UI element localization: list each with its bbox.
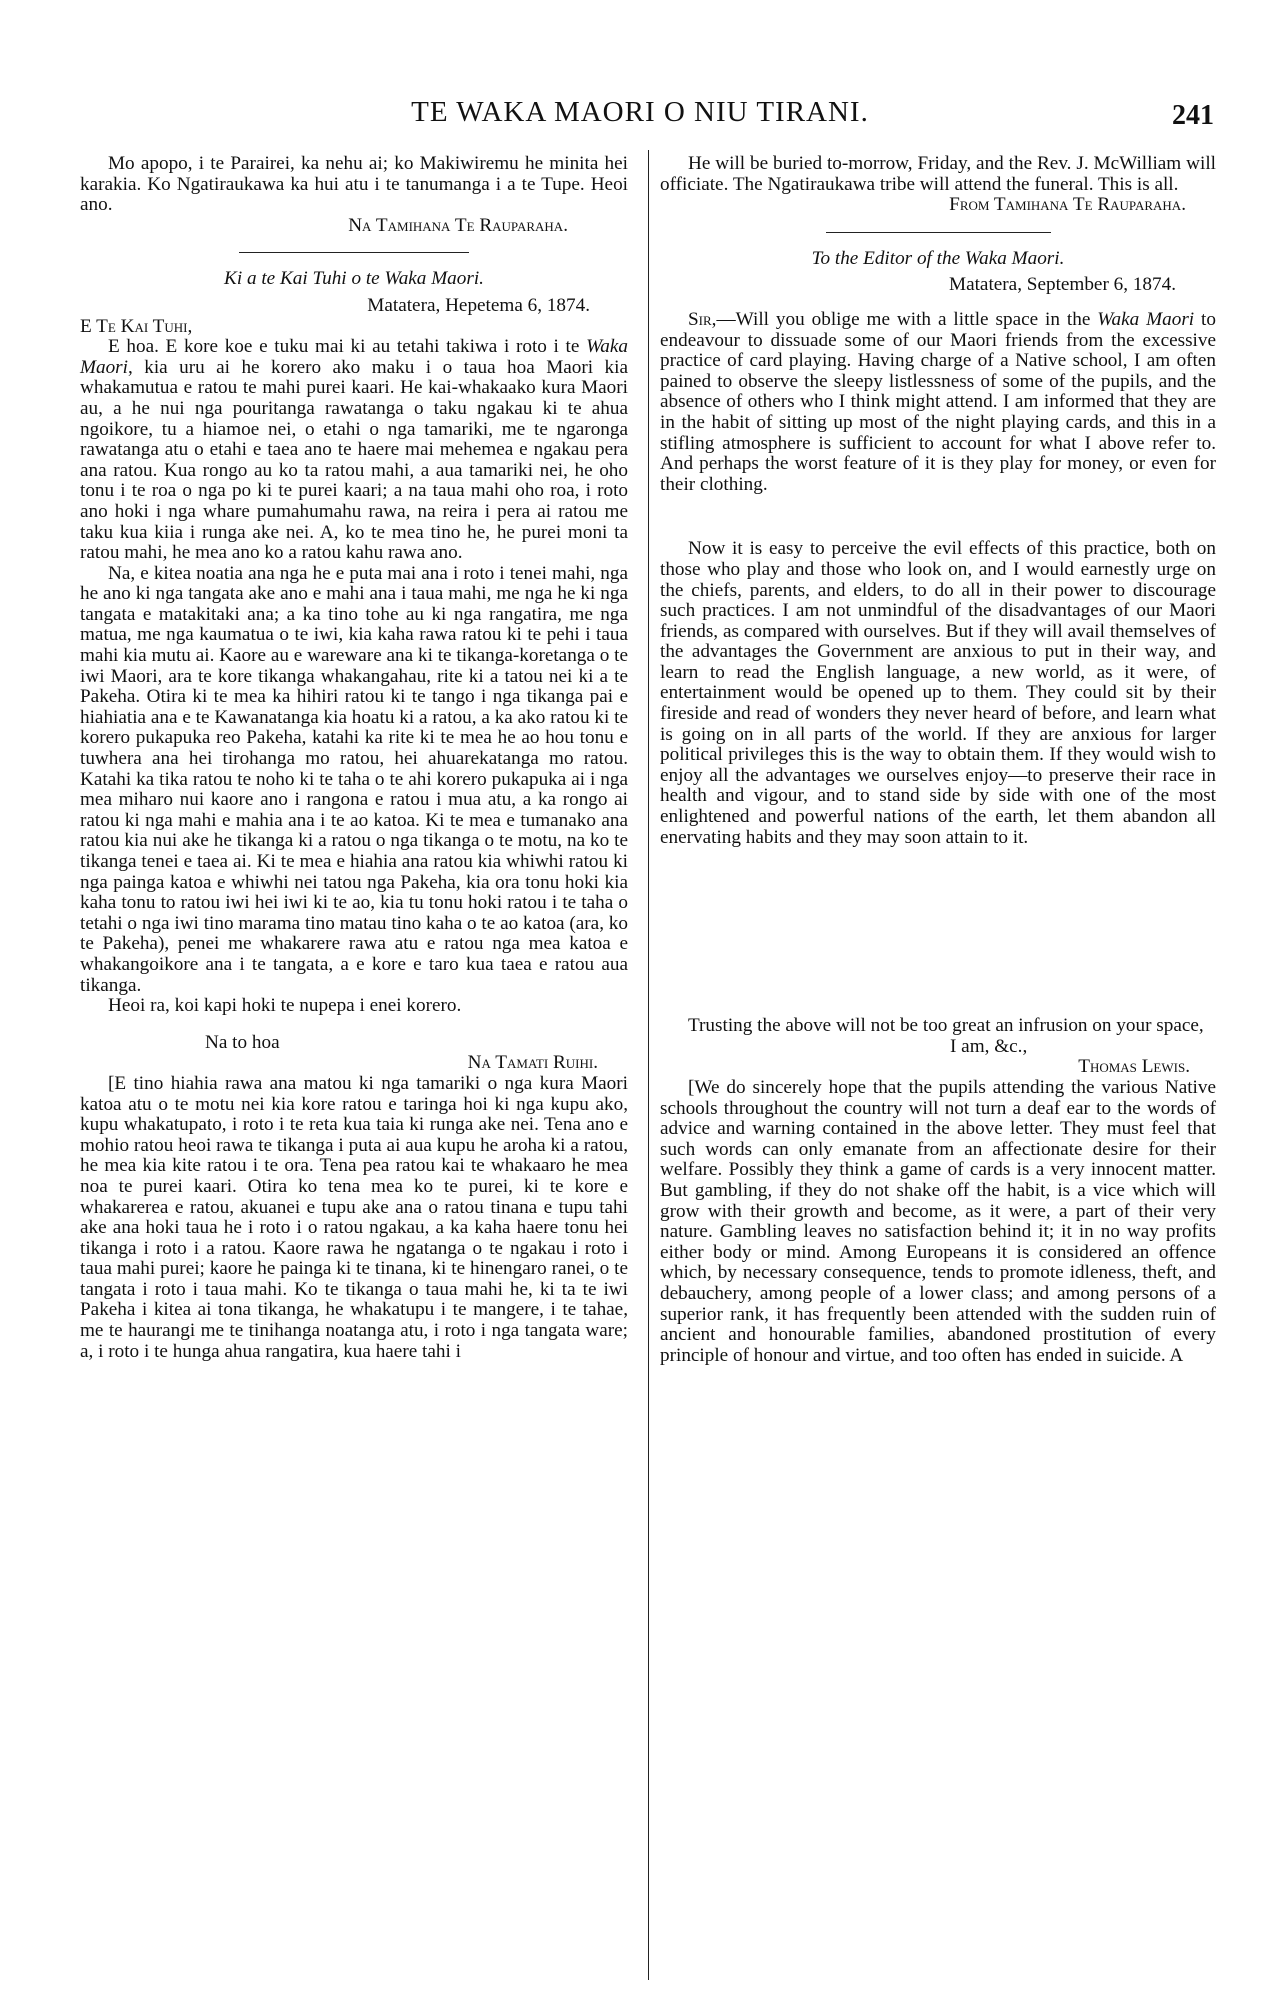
letter-date: Matatera, Hepetema 6, 1874. xyxy=(80,296,628,317)
letter-paragraph-3: Heoi ra, koi kapi hoki te nupepa i enei … xyxy=(80,996,628,1017)
section-rule xyxy=(826,232,1051,233)
continuation-paragraph: He will be buried to-morrow, Friday, and… xyxy=(660,154,1216,195)
right-column-english: He will be buried to-morrow, Friday, and… xyxy=(660,154,1216,1366)
letter-signature: Na Tamati Ruihi. xyxy=(80,1053,628,1074)
continuation-signature: From Tamihana Te Rauparaha. xyxy=(660,195,1216,216)
letter-signature: Thomas Lewis. xyxy=(660,1057,1216,1078)
section-rule xyxy=(239,252,469,253)
letter-salutation: E Te Kai Tuhi, xyxy=(80,317,628,338)
column-divider xyxy=(648,150,649,1980)
page-number: 241 xyxy=(1172,100,1214,132)
continuation-paragraph: Mo apopo, i te Parairei, ka nehu ai; ko … xyxy=(80,154,628,216)
letter-heading: To the Editor of the Waka Maori. xyxy=(660,249,1216,270)
running-title: TE WAKA MAORI O NIU TIRANI. xyxy=(0,96,1280,129)
left-column-maori: Mo apopo, i te Parairei, ka nehu ai; ko … xyxy=(80,154,628,1362)
editor-note: [E tino hiahia rawa ana matou ki nga tam… xyxy=(80,1074,628,1362)
page-header: TE WAKA MAORI O NIU TIRANI. 241 xyxy=(0,96,1280,140)
newspaper-name: Waka Maori xyxy=(1097,309,1194,330)
letter-paragraph-2: Now it is easy to perceive the evil effe… xyxy=(660,539,1216,848)
letter-paragraph-1: Sir,—Will you oblige me with a little sp… xyxy=(660,310,1216,495)
editor-note: [We do sincerely hope that the pupils at… xyxy=(660,1078,1216,1366)
letter-closing: Na to hoa xyxy=(80,1033,628,1054)
letter-paragraph-3: Trusting the above will not be too great… xyxy=(660,1016,1216,1037)
letter-paragraph-2: Na, e kitea noatia ana nga he e puta mai… xyxy=(80,564,628,996)
letter-heading: Ki a te Kai Tuhi o te Waka Maori. xyxy=(80,269,628,290)
letter-date: Matatera, September 6, 1874. xyxy=(660,275,1216,296)
letter-salutation: Sir, xyxy=(688,309,716,330)
continuation-signature: Na Tamihana Te Rauparaha. xyxy=(80,216,628,237)
letter-paragraph-1: E hoa. E kore koe e tuku mai ki au tetah… xyxy=(80,337,628,564)
letter-closing: I am, &c., xyxy=(660,1037,1216,1058)
